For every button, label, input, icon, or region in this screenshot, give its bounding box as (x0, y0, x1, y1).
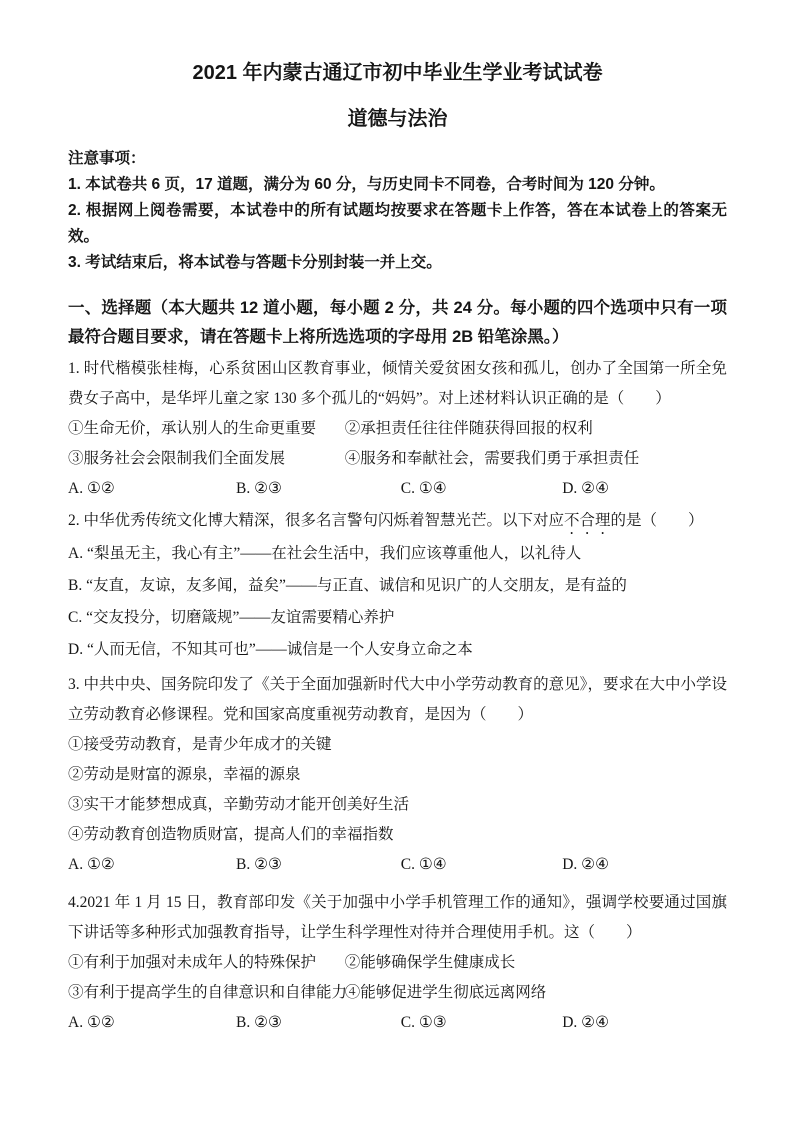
question-2-choice-c: C. “交友投分，切磨箴规”——友谊需要精心养护 (68, 602, 727, 634)
question-4-option-1: ①有利于加强对未成年人的特殊保护 (68, 948, 345, 978)
notice-item-1: 1. 本试卷共 6 页，17 道题，满分为 60 分，与历史同卡不同卷，合考时间… (68, 172, 727, 198)
question-2-stem-before: 2. 中华优秀传统文化博大精深，很多名言警句闪烁着智慧光芒。以下对应 (68, 512, 564, 529)
question-3-choice-d: D. ②④ (562, 850, 727, 880)
question-4-numbered-options: ①有利于加强对未成年人的特殊保护 ②能够确保学生健康成长 ③有利于提高学生的自律… (68, 948, 727, 1008)
question-2-choice-d: D. “人而无信，不知其可也”——诚信是一个人安身立命之本 (68, 634, 727, 666)
exam-subject: 道德与法治 (68, 106, 727, 132)
question-3: 3. 中共中央、国务院印发了《关于全面加强新时代大中小学劳动教育的意见》，要求在… (68, 670, 727, 880)
question-1-stem: 1. 时代楷模张桂梅，心系贫困山区教育事业，倾情关爱贫困女孩和孤儿，创办了全国第… (68, 354, 727, 414)
question-1-option-2: ②承担责任往往伴随获得回报的权利 (345, 414, 727, 444)
question-1-choice-a: A. ①② (68, 474, 236, 504)
question-2: 2. 中华优秀传统文化博大精深，很多名言警句闪烁着智慧光芒。以下对应不合理的是（… (68, 506, 727, 666)
question-2-choice-b: B. “友直，友谅，友多闻，益矣”——与正直、诚信和见识广的人交朋友，是有益的 (68, 570, 727, 602)
notice-item-2: 2. 根据网上阅卷需要，本试卷中的所有试题均按要求在答题卡上作答，答在本试卷上的… (68, 198, 727, 250)
question-3-option-3: ③实干才能梦想成真，辛勤劳动才能开创美好生活 (68, 790, 727, 820)
question-4: 4.2021 年 1 月 15 日，教育部印发《关于加强中小学手机管理工作的通知… (68, 888, 727, 1038)
question-3-choices: A. ①② B. ②③ C. ①④ D. ②④ (68, 850, 727, 880)
question-3-option-1: ①接受劳动教育，是青少年成才的关键 (68, 730, 727, 760)
question-3-choice-a: A. ①② (68, 850, 236, 880)
question-2-stem-emphasis: 不合理 (564, 512, 611, 529)
question-3-option-2: ②劳动是财富的源泉，幸福的源泉 (68, 760, 727, 790)
notice-heading: 注意事项： (68, 146, 727, 172)
question-1-choice-d: D. ②④ (562, 474, 727, 504)
question-4-choice-d: D. ②④ (562, 1008, 727, 1038)
section-1-heading: 一、选择题（本大题共 12 道小题，每小题 2 分，共 24 分。每小题的四个选… (68, 294, 727, 352)
question-1-option-4: ④服务和奉献社会，需要我们勇于承担责任 (345, 444, 727, 474)
question-4-option-3: ③有利于提高学生的自律意识和自律能力 (68, 978, 345, 1008)
question-3-option-4: ④劳动教育创造物质财富，提高人们的幸福指数 (68, 820, 727, 850)
question-3-choice-c: C. ①④ (401, 850, 562, 880)
exam-page: 2021 年内蒙古通辽市初中毕业生学业考试试卷 道德与法治 注意事项： 1. 本… (0, 0, 793, 1122)
question-2-choice-a: A. “梨虽无主，我心有主”——在社会生活中，我们应该尊重他人，以礼待人 (68, 538, 727, 570)
question-4-option-2: ②能够确保学生健康成长 (345, 948, 727, 978)
notice-section: 注意事项： 1. 本试卷共 6 页，17 道题，满分为 60 分，与历史同卡不同… (68, 146, 727, 276)
question-1: 1. 时代楷模张桂梅，心系贫困山区教育事业，倾情关爱贫困女孩和孤儿，创办了全国第… (68, 354, 727, 504)
question-4-choice-a: A. ①② (68, 1008, 236, 1038)
question-1-choice-c: C. ①④ (401, 474, 562, 504)
question-2-stem: 2. 中华优秀传统文化博大精深，很多名言警句闪烁着智慧光芒。以下对应不合理的是（… (68, 506, 727, 538)
question-1-choice-b: B. ②③ (236, 474, 401, 504)
question-1-choices: A. ①② B. ②③ C. ①④ D. ②④ (68, 474, 727, 504)
question-4-choice-c: C. ①③ (401, 1008, 562, 1038)
question-4-choices: A. ①② B. ②③ C. ①③ D. ②④ (68, 1008, 727, 1038)
question-3-stem: 3. 中共中央、国务院印发了《关于全面加强新时代大中小学劳动教育的意见》，要求在… (68, 670, 727, 730)
question-4-choice-b: B. ②③ (236, 1008, 401, 1038)
notice-item-3: 3. 考试结束后，将本试卷与答题卡分别封装一并上交。 (68, 250, 727, 276)
exam-title: 2021 年内蒙古通辽市初中毕业生学业考试试卷 (68, 60, 727, 86)
question-4-stem: 4.2021 年 1 月 15 日，教育部印发《关于加强中小学手机管理工作的通知… (68, 888, 727, 948)
question-1-numbered-options: ①生命无价，承认别人的生命更重要 ②承担责任往往伴随获得回报的权利 ③服务社会会… (68, 414, 727, 474)
question-3-choice-b: B. ②③ (236, 850, 401, 880)
question-1-option-1: ①生命无价，承认别人的生命更重要 (68, 414, 345, 444)
question-1-option-3: ③服务社会会限制我们全面发展 (68, 444, 345, 474)
question-2-stem-after: 的是（ ） (611, 512, 704, 529)
question-4-option-4: ④能够促进学生彻底远离网络 (345, 978, 727, 1008)
